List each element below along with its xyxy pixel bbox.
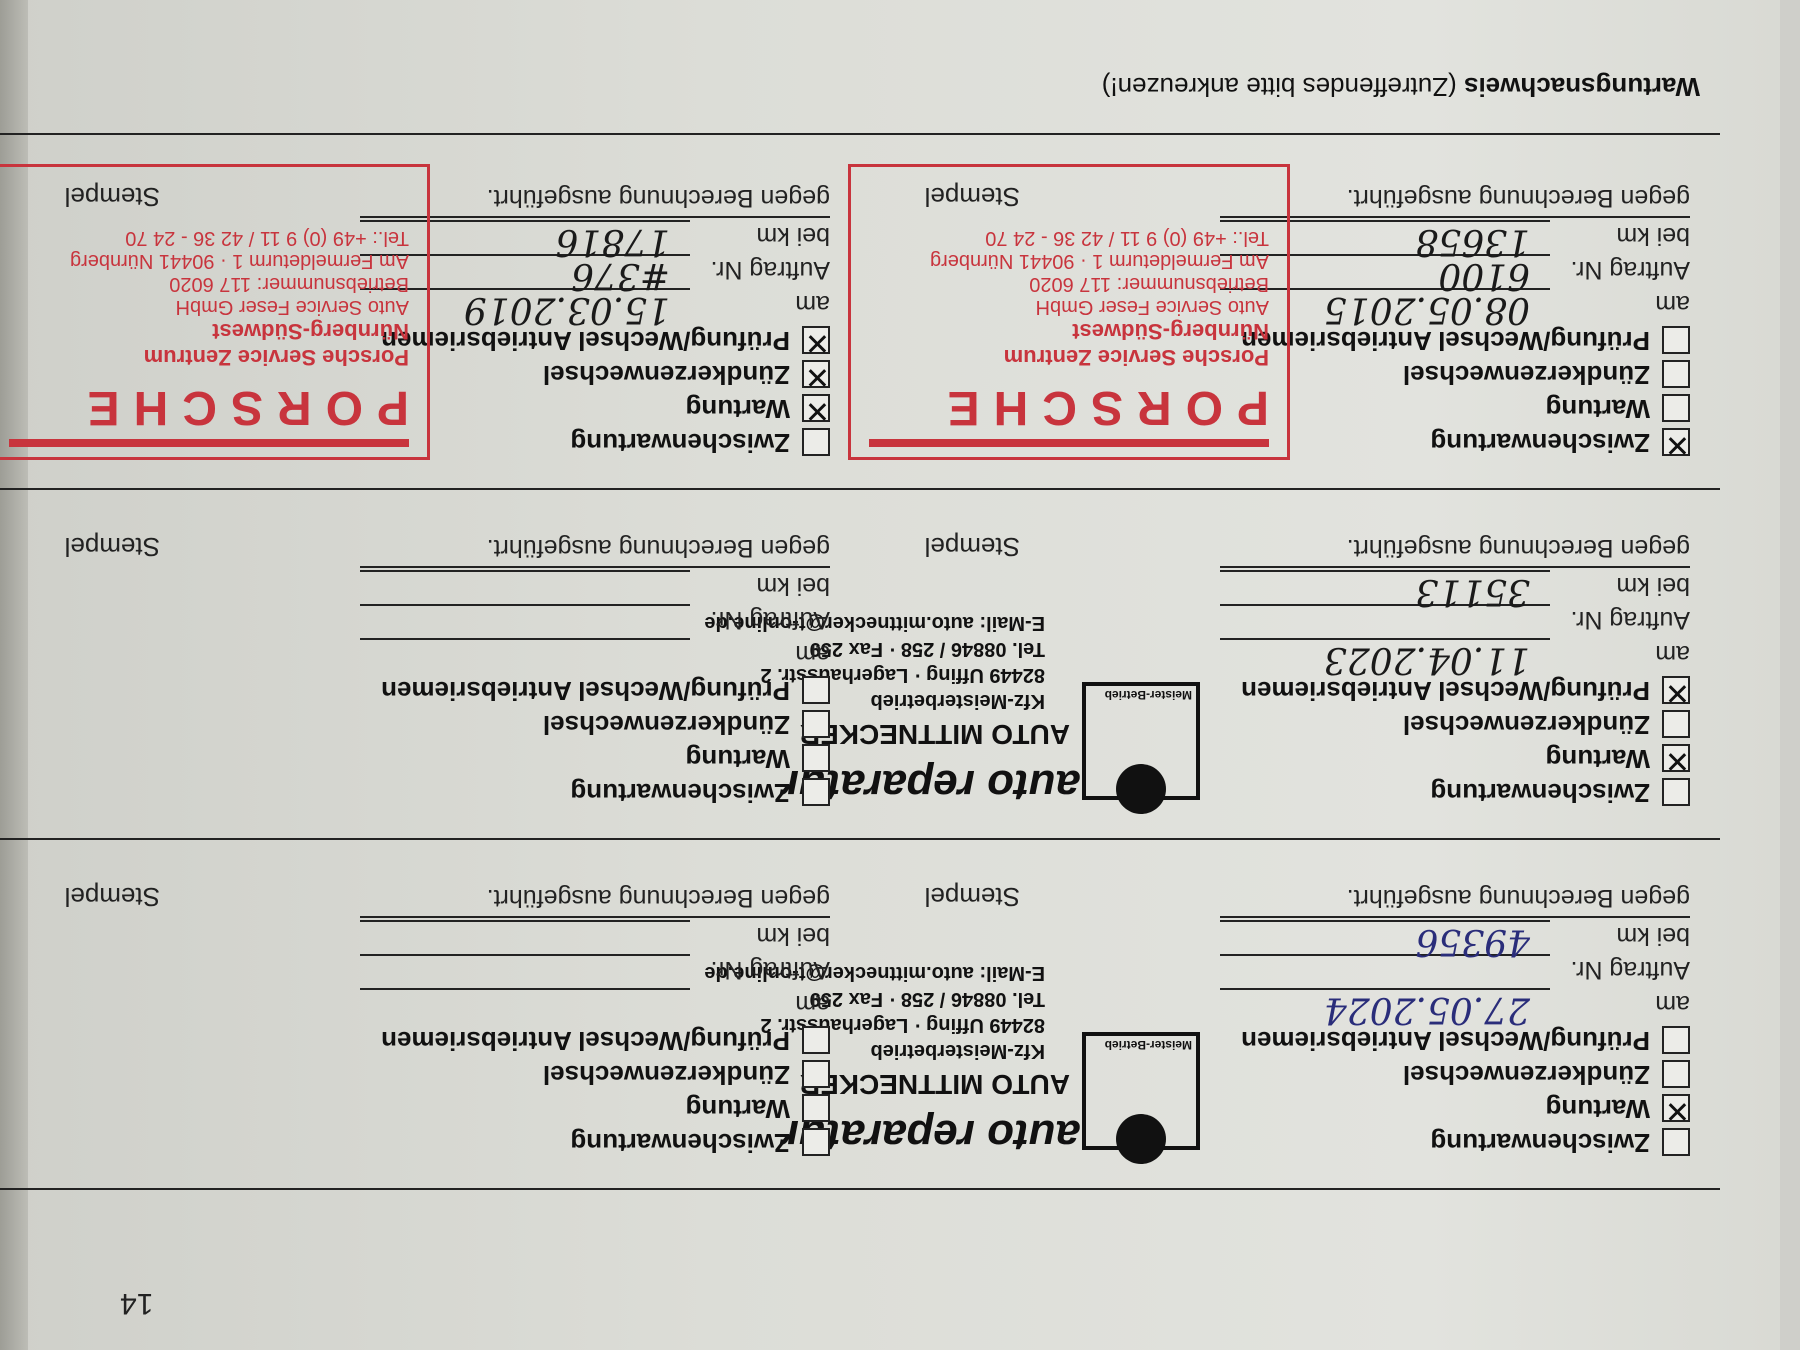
checkbox-antriebsriemen[interactable]: Prüfung/Wechsel Antriebsriemen <box>381 1025 830 1056</box>
checkbox-label: Zwischenwartung <box>570 427 790 458</box>
checkbox-antriebsriemen-box[interactable] <box>802 327 830 355</box>
checkbox-label: Prüfung/Wechsel Antriebsriemen <box>381 675 790 706</box>
checkbox-antriebsriemen-box[interactable] <box>802 1027 830 1055</box>
field-label-am: am <box>795 989 830 1018</box>
checkbox-label: Zündkerzenwechsel <box>1403 709 1650 740</box>
meister-logo-icon: Meister-Betrieb <box>1082 1032 1200 1150</box>
billing-note: gegen Berechnung ausgeführt. <box>487 883 830 912</box>
billing-note: gegen Berechnung ausgeführt. <box>487 533 830 562</box>
section-divider <box>0 1188 1720 1190</box>
checkbox-wartung[interactable]: Wartung <box>686 743 830 774</box>
checkbox-wartung[interactable]: Wartung <box>1546 1093 1690 1124</box>
checkbox-antriebsriemen[interactable]: Prüfung/Wechsel Antriebsriemen <box>381 675 830 706</box>
page-title: Wartungsnachweis (Zutreffendes bitte ank… <box>1102 71 1700 102</box>
checkbox-label: Wartung <box>1546 393 1650 424</box>
checkbox-antriebsriemen-box[interactable] <box>1662 1027 1690 1055</box>
checkbox-wartung-box[interactable] <box>1662 745 1690 773</box>
checkbox-antriebsriemen-box[interactable] <box>802 677 830 705</box>
divider <box>0 133 1720 135</box>
checkbox-zwischenwartung-box[interactable] <box>1662 429 1690 457</box>
checkbox-zwischenwartung-box[interactable] <box>802 779 830 807</box>
billing-note: gegen Berechnung ausgeführt. <box>1347 883 1690 912</box>
billing-line <box>360 217 830 219</box>
checkbox-zwischenwartung-box[interactable] <box>1662 1129 1690 1157</box>
handwritten-km: 49356 <box>1415 921 1530 962</box>
stamp-line3: Tel. 08846 / 258 · Fax 259 <box>810 637 1045 660</box>
checkbox-wartung-box[interactable] <box>802 745 830 773</box>
checkbox-zuendkerzen[interactable]: Zündkerzenwechsel <box>543 709 830 740</box>
stamp-line3: Tel. 08846 / 258 · Fax 259 <box>810 987 1045 1010</box>
checkbox-label: Zwischenwartung <box>1430 777 1650 808</box>
field-line-auftrag <box>360 605 690 607</box>
field-label-km: bei km <box>1616 221 1690 250</box>
meister-logo-icon: Meister-Betrieb <box>1082 682 1200 800</box>
checkbox-zwischenwartung[interactable]: Zwischenwartung <box>570 777 830 808</box>
checkbox-label: Zwischenwartung <box>570 1127 790 1158</box>
billing-line <box>360 917 830 919</box>
porsche-stamp: PORSCHEPorsche Service ZentrumNürnberg-S… <box>848 164 1290 460</box>
checkbox-wartung-box[interactable] <box>1662 395 1690 423</box>
checkbox-label: Zwischenwartung <box>1430 427 1650 458</box>
checkbox-label: Wartung <box>1546 743 1650 774</box>
checkbox-label: Wartung <box>686 1093 790 1124</box>
stamp-line1: Kfz-Meisterbetrieb <box>871 689 1045 712</box>
checkbox-antriebsriemen-box[interactable] <box>1662 327 1690 355</box>
stamp-line1: Kfz-Meisterbetrieb <box>871 1039 1045 1062</box>
field-label-am: am <box>1655 639 1690 668</box>
handwritten-am: 27.05.2024 <box>1324 989 1530 1030</box>
checkbox-zuendkerzen-box[interactable] <box>1662 711 1690 739</box>
logo-dot <box>1116 764 1166 814</box>
stamp-line4: Betriebsnummer: 117 6020 <box>9 272 409 295</box>
field-label-am: am <box>1655 989 1690 1018</box>
field-label-am: am <box>795 639 830 668</box>
porsche-stamp: PORSCHEPorsche Service ZentrumNürnberg-S… <box>0 164 430 460</box>
stamp-line5: Am Fermeldeturm 1 · 90441 Nürnberg <box>869 249 1269 272</box>
checkbox-antriebsriemen-box[interactable] <box>1662 677 1690 705</box>
field-label-km: bei km <box>756 921 830 950</box>
field-label-km: bei km <box>756 571 830 600</box>
stempel-label: Stempel <box>65 531 160 562</box>
field-line-am <box>360 639 690 641</box>
badge-text: Meister-Betrieb <box>1105 688 1192 702</box>
checkbox-label: Zündkerzenwechsel <box>1403 1059 1650 1090</box>
stamp-line1: Porsche Service Zentrum <box>9 344 409 370</box>
stamp-line2: Nürnberg-Südwest <box>9 318 409 344</box>
checkbox-label: Wartung <box>686 393 790 424</box>
stamp-name: AUTO MITTNECKER <box>800 718 1070 750</box>
logo-dot <box>1116 1114 1166 1164</box>
checkbox-label: Zündkerzenwechsel <box>1403 359 1650 390</box>
checkbox-wartung[interactable]: Wartung <box>1546 743 1690 774</box>
checkbox-zuendkerzen[interactable]: Zündkerzenwechsel <box>1403 709 1690 740</box>
field-line-auftrag <box>360 955 690 957</box>
checkbox-label: Prüfung/Wechsel Antriebsriemen <box>381 1025 790 1056</box>
field-line-km <box>360 921 690 923</box>
checkbox-wartung-box[interactable] <box>802 1095 830 1123</box>
checkbox-zuendkerzen-box[interactable] <box>802 1061 830 1089</box>
checkbox-label: Zündkerzenwechsel <box>543 1059 790 1090</box>
billing-note: gegen Berechnung ausgeführt. <box>487 183 830 212</box>
checkbox-zuendkerzen[interactable]: Zündkerzenwechsel <box>1403 359 1690 390</box>
stamp-brand: PORSCHE <box>869 380 1269 447</box>
field-label-auftrag: Auftrag Nr. <box>711 605 831 634</box>
field-label-auftrag: Auftrag Nr. <box>1571 955 1691 984</box>
field-label-km: bei km <box>1616 921 1690 950</box>
checkbox-label: Zwischenwartung <box>1430 1127 1650 1158</box>
checkbox-label: Zwischenwartung <box>570 777 790 808</box>
handwritten-km: 17816 <box>555 221 670 262</box>
checkbox-zwischenwartung[interactable]: Zwischenwartung <box>570 427 830 458</box>
billing-line <box>360 567 830 569</box>
billing-note: gegen Berechnung ausgeführt. <box>1347 183 1690 212</box>
stamp-line6: Tel.: +49 (0) 9 11 / 42 36 - 24 70 <box>869 226 1269 249</box>
checkbox-zwischenwartung[interactable]: Zwischenwartung <box>1430 777 1690 808</box>
field-label-auftrag: Auftrag Nr. <box>1571 605 1691 634</box>
checkbox-label: Wartung <box>1546 1093 1650 1124</box>
checkbox-zwischenwartung[interactable]: Zwischenwartung <box>1430 1127 1690 1158</box>
stamp-line3: Auto Service Feser GmbH <box>9 295 409 318</box>
checkbox-zuendkerzen-box[interactable] <box>1662 1061 1690 1089</box>
checkbox-label: Zündkerzenwechsel <box>543 709 790 740</box>
stempel-label: Stempel <box>65 881 160 912</box>
checkbox-zuendkerzen-box[interactable] <box>1662 361 1690 389</box>
field-label-am: am <box>1655 289 1690 318</box>
handwritten-km: 35113 <box>1415 571 1530 612</box>
page-number: 14 <box>120 1286 153 1320</box>
checkbox-wartung[interactable]: Wartung <box>1546 393 1690 424</box>
checkbox-label: Wartung <box>686 743 790 774</box>
checkbox-wartung[interactable]: Wartung <box>686 393 830 424</box>
stamp-brand: PORSCHE <box>9 380 409 447</box>
stamp-line2: Nürnberg-Südwest <box>869 318 1269 344</box>
field-label-km: bei km <box>1616 571 1690 600</box>
checkbox-zuendkerzen[interactable]: Zündkerzenwechsel <box>1403 1059 1690 1090</box>
checkbox-zwischenwartung-box[interactable] <box>802 429 830 457</box>
field-label-auftrag: Auftrag Nr. <box>1571 255 1691 284</box>
section-divider <box>0 838 1720 840</box>
handwritten-am: 11.04.2023 <box>1324 639 1530 680</box>
section-divider <box>0 488 1720 490</box>
field-label-auftrag: Auftrag Nr. <box>711 255 831 284</box>
handwritten-km: 13658 <box>1415 221 1530 262</box>
billing-line <box>1220 917 1690 919</box>
checkbox-zuendkerzen[interactable]: Zündkerzenwechsel <box>543 359 830 390</box>
checkbox-zuendkerzen-box[interactable] <box>802 711 830 739</box>
checkbox-zuendkerzen[interactable]: Zündkerzenwechsel <box>543 1059 830 1090</box>
stamp-line4: Betriebsnummer: 117 6020 <box>869 272 1269 295</box>
checkbox-label: Zündkerzenwechsel <box>543 359 790 390</box>
field-line-km <box>360 571 690 573</box>
field-label-am: am <box>795 289 830 318</box>
paper-sheet: Wartungsnachweis (Zutreffendes bitte ank… <box>0 0 1780 1350</box>
field-label-km: bei km <box>756 221 830 250</box>
badge-text: Meister-Betrieb <box>1105 1038 1192 1052</box>
checkbox-zuendkerzen-box[interactable] <box>802 361 830 389</box>
checkbox-zwischenwartung[interactable]: Zwischenwartung <box>570 1127 830 1158</box>
field-label-auftrag: Auftrag Nr. <box>711 955 831 984</box>
billing-line <box>1220 217 1690 219</box>
billing-note: gegen Berechnung ausgeführt. <box>1347 533 1690 562</box>
stamp-name: AUTO MITTNECKER <box>800 1068 1070 1100</box>
stamp-line1: Porsche Service Zentrum <box>869 344 1269 370</box>
document-page: Wartungsnachweis (Zutreffendes bitte ank… <box>0 0 1800 1350</box>
checkbox-wartung-box[interactable] <box>1662 1095 1690 1123</box>
checkbox-wartung-box[interactable] <box>802 395 830 423</box>
checkbox-zwischenwartung-box[interactable] <box>802 1129 830 1157</box>
checkbox-zwischenwartung-box[interactable] <box>1662 779 1690 807</box>
billing-line <box>1220 567 1690 569</box>
checkbox-zwischenwartung[interactable]: Zwischenwartung <box>1430 427 1690 458</box>
stamp-line6: Tel.: +49 (0) 9 11 / 42 36 - 24 70 <box>9 226 409 249</box>
stamp-line5: Am Fermeldeturm 1 · 90441 Nürnberg <box>9 249 409 272</box>
stamp-line3: Auto Service Feser GmbH <box>869 295 1269 318</box>
checkbox-wartung[interactable]: Wartung <box>686 1093 830 1124</box>
field-line-am <box>360 989 690 991</box>
